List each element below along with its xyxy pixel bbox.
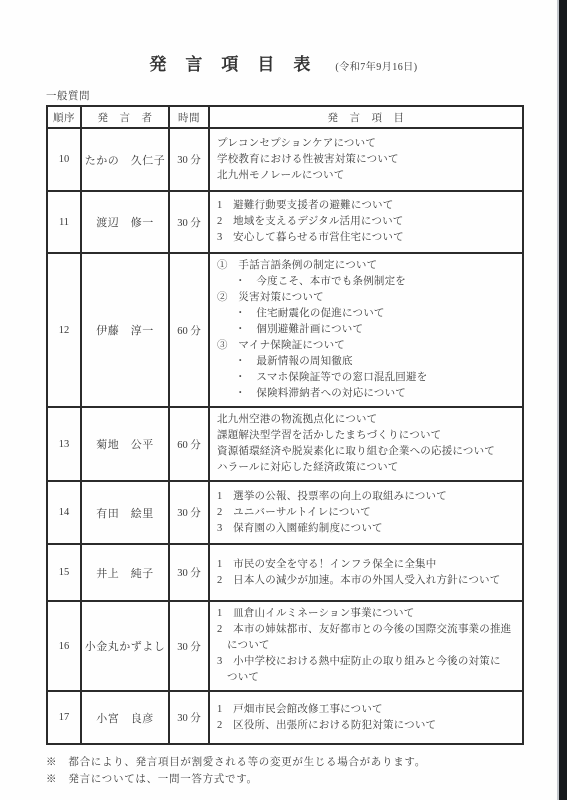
table-row: 13菊地 公平60 分北九州空港の物流拠点化について課題解決型学習を活かしたまち… [47, 407, 523, 481]
time-cell: 30 分 [169, 481, 209, 544]
column-header-items: 発 言 項 目 [209, 106, 523, 128]
statement-item-line: 課題解決型学習を活かしたまちづくりについて [217, 428, 518, 444]
time-cell: 60 分 [169, 407, 209, 481]
statement-items-table: 順序 発 言 者 時間 発 言 項 目 10たかの 久仁子30 分プレコンセプシ… [46, 105, 524, 745]
statement-item-line: 2 日本人の減少が加速。本市の外国人受入れ方針について [217, 573, 518, 589]
table-row: 11渡辺 修一30 分1 避難行動要支援者の避難について2 地域を支えるデジタル… [47, 191, 523, 253]
statement-item-line: 2 地域を支えるデジタル活用について [217, 214, 518, 230]
speaker-cell: 小金丸かずよし [81, 601, 169, 691]
time-cell: 30 分 [169, 128, 209, 191]
table-row: 16小金丸かずよし30 分1 皿倉山イルミネーション事業について2 本市の姉妹都… [47, 601, 523, 691]
statement-item-line: 北九州モノレールについて [217, 168, 518, 184]
statement-item-line: 2 本市の姉妹都市、友好都市との今後の国際交流事業の推進 [217, 622, 518, 638]
statement-item-line: ・ 最新情報の周知徹底 [217, 354, 518, 370]
items-cell: 1 避難行動要支援者の避難について2 地域を支えるデジタル活用について3 安心し… [209, 191, 523, 253]
statement-item-line: プレコンセプションケアについて [217, 136, 518, 152]
order-cell: 13 [47, 407, 81, 481]
column-header-order: 順序 [47, 106, 81, 128]
statement-item-line: について [217, 638, 518, 654]
time-cell: 30 分 [169, 601, 209, 691]
statement-item-line: 2 区役所、出張所における防犯対策について [217, 718, 518, 734]
speaker-cell: 井上 純子 [81, 544, 169, 601]
statement-item-line: 1 選挙の公報、投票率の向上の取組みについて [217, 489, 518, 505]
statement-item-line: 北九州空港の物流拠点化について [217, 412, 518, 428]
document-page: 発 言 項 目 表(令和7年9月16日) 一般質問 順序 発 言 者 時間 発 … [0, 0, 567, 800]
table-row: 10たかの 久仁子30 分プレコンセプションケアについて学校教育における性被害対… [47, 128, 523, 191]
title-row: 発 言 項 目 表(令和7年9月16日) [0, 0, 567, 75]
statement-item-line: ③ マイナ保険証について [217, 338, 518, 354]
speaker-cell: たかの 久仁子 [81, 128, 169, 191]
statement-item-line: 1 戸畑市民会館改修工事について [217, 702, 518, 718]
section-label: 一般質問 [46, 88, 567, 103]
document-date: (令和7年9月16日) [335, 62, 417, 73]
footnote: ※ 発言については、一問一答方式です。 [46, 771, 567, 788]
speaker-cell: 有田 絵里 [81, 481, 169, 544]
order-cell: 10 [47, 128, 81, 191]
statement-item-line: 1 避難行動要支援者の避難について [217, 198, 518, 214]
table-row: 12伊藤 淳一60 分① 手話言語条例の制定について・ 今度こそ、本市でも条例制… [47, 253, 523, 407]
scan-edge-band [559, 0, 567, 800]
statement-item-line: ・ 今度こそ、本市でも条例制定を [217, 274, 518, 290]
table-row: 15井上 純子30 分1 市民の安全を守る！インフラ保全に全集中2 日本人の減少… [47, 544, 523, 601]
order-cell: 17 [47, 691, 81, 744]
time-cell: 30 分 [169, 191, 209, 253]
items-cell: 1 皿倉山イルミネーション事業について2 本市の姉妹都市、友好都市との今後の国際… [209, 601, 523, 691]
statement-item-line: ・ 個別避難計画について [217, 322, 518, 338]
speaker-cell: 小宮 良彦 [81, 691, 169, 744]
column-header-time: 時間 [169, 106, 209, 128]
footnotes: ※ 都合により、発言項目が割愛される等の変更が生じる場合があります。 ※ 発言に… [46, 754, 567, 788]
page-title: 発 言 項 目 表 [149, 55, 311, 74]
items-cell: 1 市民の安全を守る！インフラ保全に全集中2 日本人の減少が加速。本市の外国人受… [209, 544, 523, 601]
statement-item-line: ・ 保険料滞納者への対応について [217, 386, 518, 402]
statement-item-line: 3 小中学校における熱中症防止の取り組みと今後の対策に [217, 654, 518, 670]
time-cell: 30 分 [169, 544, 209, 601]
footnote: ※ 都合により、発言項目が割愛される等の変更が生じる場合があります。 [46, 754, 567, 771]
order-cell: 14 [47, 481, 81, 544]
order-cell: 16 [47, 601, 81, 691]
statement-table-body: 10たかの 久仁子30 分プレコンセプションケアについて学校教育における性被害対… [47, 128, 523, 744]
statement-item-line: 3 保育園の入園確約制度について [217, 521, 518, 537]
speaker-cell: 渡辺 修一 [81, 191, 169, 253]
items-cell: 北九州空港の物流拠点化について課題解決型学習を活かしたまちづくりについて資源循環… [209, 407, 523, 481]
speaker-cell: 菊地 公平 [81, 407, 169, 481]
time-cell: 30 分 [169, 691, 209, 744]
items-cell: プレコンセプションケアについて学校教育における性被害対策について北九州モノレール… [209, 128, 523, 191]
table-header-row: 順序 発 言 者 時間 発 言 項 目 [47, 106, 523, 128]
order-cell: 11 [47, 191, 81, 253]
items-cell: 1 戸畑市民会館改修工事について2 区役所、出張所における防犯対策について [209, 691, 523, 744]
order-cell: 12 [47, 253, 81, 407]
speaker-cell: 伊藤 淳一 [81, 253, 169, 407]
statement-item-line: ② 災害対策について [217, 290, 518, 306]
items-cell: 1 選挙の公報、投票率の向上の取組みについて2 ユニバーサルトイレについて3 保… [209, 481, 523, 544]
statement-item-line: 3 安心して暮らせる市営住宅について [217, 230, 518, 246]
order-cell: 15 [47, 544, 81, 601]
time-cell: 60 分 [169, 253, 209, 407]
statement-item-line: 1 市民の安全を守る！インフラ保全に全集中 [217, 557, 518, 573]
statement-item-line: 学校教育における性被害対策について [217, 152, 518, 168]
statement-item-line: 資源循環経済や脱炭素化に取り組む企業への応援について [217, 444, 518, 460]
statement-item-line: ・ スマホ保険証等での窓口混乱回避を [217, 370, 518, 386]
statement-item-line: ハラールに対応した経済政策について [217, 460, 518, 476]
table-row: 14有田 絵里30 分1 選挙の公報、投票率の向上の取組みについて2 ユニバーサ… [47, 481, 523, 544]
column-header-speaker: 発 言 者 [81, 106, 169, 128]
statement-item-line: 2 ユニバーサルトイレについて [217, 505, 518, 521]
statement-item-line: ついて [217, 670, 518, 686]
statement-item-line: 1 皿倉山イルミネーション事業について [217, 606, 518, 622]
statement-item-line: ・ 住宅耐震化の促進について [217, 306, 518, 322]
table-row: 17小宮 良彦30 分1 戸畑市民会館改修工事について2 区役所、出張所における… [47, 691, 523, 744]
statement-item-line: ① 手話言語条例の制定について [217, 258, 518, 274]
items-cell: ① 手話言語条例の制定について・ 今度こそ、本市でも条例制定を② 災害対策につい… [209, 253, 523, 407]
